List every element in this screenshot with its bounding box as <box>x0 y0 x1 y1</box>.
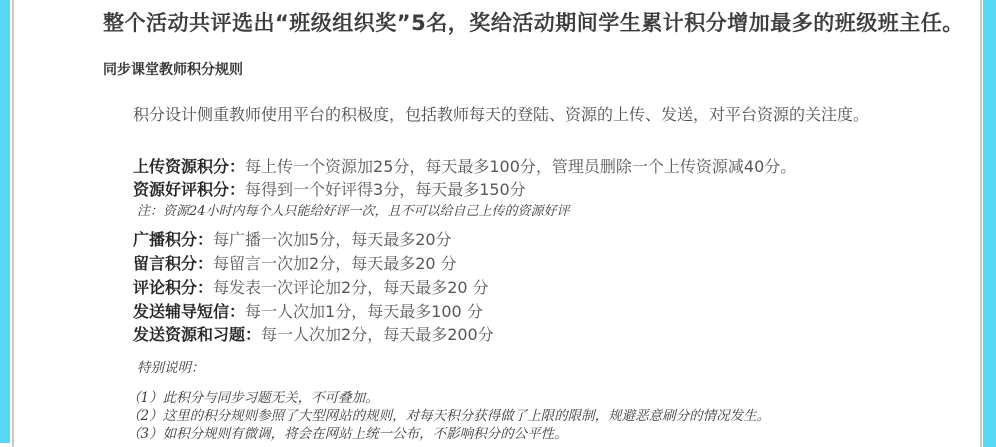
left-content-border <box>12 0 14 447</box>
rule-send-resource: 发送资源和习题：每一人次加2分，每天最多200分 <box>133 322 494 345</box>
page: 整个活动共评选出“班级组织奖”5名，奖给活动期间学生累计积分增加最多的班级班主任… <box>0 0 996 447</box>
rule-label: 广播积分： <box>133 230 213 249</box>
rule-label: 留言积分： <box>133 254 213 273</box>
rule-label: 发送辅导短信： <box>133 302 245 321</box>
rule-sms: 发送辅导短信：每一人次加1分，每天最多100 分 <box>133 299 483 322</box>
award-title: 整个活动共评选出“班级组织奖”5名，奖给活动期间学生累计积分增加最多的班级班主任… <box>103 7 964 37</box>
rule-desc: 每留言一次加2分，每天最多20 分 <box>213 254 457 273</box>
rule-label: 资源好评积分： <box>133 180 245 199</box>
rule-upload-resource: 上传资源积分：每上传一个资源加25分，每天最多100分，管理员删除一个上传资源减… <box>133 154 796 177</box>
right-accent-bar <box>983 0 996 447</box>
rule-broadcast: 广播积分：每广播一次加5分，每天最多20分 <box>133 227 452 250</box>
rule-comment: 评论积分：每发表一次评论加2分，每天最多20 分 <box>133 275 489 298</box>
special-notes-title: 特别说明： <box>137 356 205 376</box>
rule-label: 评论积分： <box>133 278 213 297</box>
special-note-1: （1）此积分与同步习题无关，不可叠加。 <box>127 386 379 406</box>
special-note-2: （2）这里的积分规则参照了大型网站的规则，对每天积分获得做了上限的限制，规避恶意… <box>127 404 770 424</box>
rule-desc: 每得到一个好评得3分，每天最多150分 <box>245 180 526 199</box>
rule-label: 上传资源积分： <box>133 157 245 176</box>
intro-paragraph: 积分设计侧重教师使用平台的积极度，包括教师每天的登陆、资源的上传、发送，对平台资… <box>133 102 869 125</box>
special-note-3: （3）如积分规则有微调，将会在网站上统一公布，不影响积分的公平性。 <box>127 422 568 442</box>
right-content-border <box>980 0 982 447</box>
rule-label: 发送资源和习题： <box>133 325 261 344</box>
rule-desc: 每一人次加2分，每天最多200分 <box>261 325 494 344</box>
rule-resource-praise: 资源好评积分：每得到一个好评得3分，每天最多150分 <box>133 177 526 200</box>
praise-note: 注：资源24小时内每个人只能给好评一次，且不可以给自己上传的资源好评 <box>137 200 570 219</box>
rule-desc: 每发表一次评论加2分，每天最多20 分 <box>213 278 489 297</box>
section-heading: 同步课堂教师积分规则 <box>103 59 243 79</box>
rule-message: 留言积分：每留言一次加2分，每天最多20 分 <box>133 251 457 274</box>
left-accent-bar <box>0 0 10 443</box>
rule-desc: 每一人次加1分，每天最多100 分 <box>245 302 483 321</box>
rule-desc: 每上传一个资源加25分，每天最多100分，管理员删除一个上传资源减40分。 <box>245 157 796 176</box>
rule-desc: 每广播一次加5分，每天最多20分 <box>213 230 452 249</box>
